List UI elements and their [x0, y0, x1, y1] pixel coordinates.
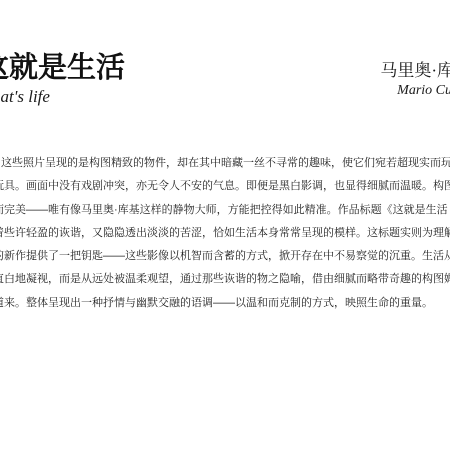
article-body: 这些照片呈现的是构图精致的物件，却在其中暗藏一丝不寻常的趣味，使它们宛若超现实而…: [0, 152, 450, 315]
body-line: 直白地凝视，而是从远处被温柔观望，通过那些诙谐的物之隐喻，借由细腻而略带奇趣的构…: [0, 268, 450, 291]
page-subtitle-english: hat's life: [0, 87, 50, 107]
body-line: 着些许轻盈的诙谐，又隐隐透出淡淡的苦涩，恰如生活本身常常呈现的模样。这标题实则为…: [0, 222, 450, 245]
page-title: 这就是生活: [0, 50, 125, 86]
body-line: 的新作提供了一把钥匙——这些影像以机智而含蓄的方式，掀开存在中不易察觉的沉重。生…: [0, 245, 450, 268]
body-line: 而完美——唯有像马里奥·库基这样的静物大师，方能把控得如此精准。作品标题《这就是…: [0, 199, 450, 222]
body-line: 玩具。画面中没有戏剧冲突，亦无令人不安的气息。即便是黑白影调，也显得细腻而温暖。…: [0, 175, 450, 198]
body-line: 这些照片呈现的是构图精致的物件，却在其中暗藏一丝不寻常的趣味，使它们宛若超现实而…: [0, 152, 450, 175]
article-page: 这就是生活 hat's life 马里奥·库 Mario Cu 这些照片呈现的是…: [0, 0, 450, 450]
body-line: 道来。整体呈现出一种抒情与幽默交融的语调——以温和而克制的方式，映照生命的重量。: [0, 292, 450, 315]
author-name-english: Mario Cu: [397, 83, 450, 99]
author-name-chinese: 马里奥·库: [380, 56, 450, 81]
